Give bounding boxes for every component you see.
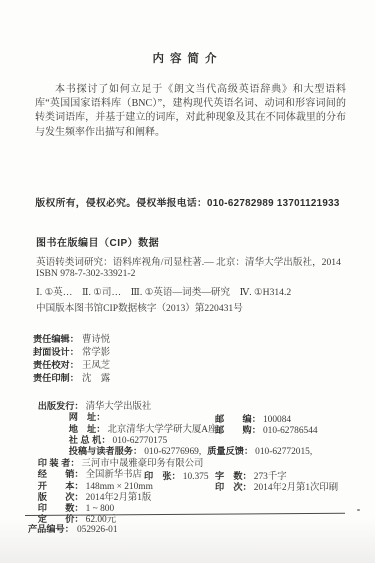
staff-row-editor: 责任编辑：曹诗悦 <box>33 331 110 345</box>
intro-paragraph: 本书探讨了如何立足于《朗文当代高级英语辞典》和大型语料库“英国国家语料库（BNC… <box>35 83 346 140</box>
cip-classification-line: Ⅰ. ①英… Ⅱ. ①司… Ⅲ. ①英语—词类—研究 Ⅳ. ①H314.2 <box>36 284 356 298</box>
staff-label: 封面设计： <box>33 347 79 357</box>
product-number-value: 052926-01 <box>77 525 118 535</box>
cip-isbn-line: ISBN 978-7-302-33921-2 <box>36 268 356 279</box>
cip-entry-line: 英语转类词研究：语料库视角/司显柱著.— 北京：清华大学出版社，2014 <box>36 254 356 268</box>
staff-name: 沈 露 <box>82 374 110 384</box>
staff-row-cover-design: 封面设计：常学影 <box>33 344 110 358</box>
cip-record-number-line: 中国版本图书馆CIP数据核字（2013）第220431号 <box>36 300 356 314</box>
staff-label: 责任编辑： <box>33 334 79 344</box>
staff-row-print-supervisor: 责任印制：沈 露 <box>33 370 110 384</box>
staff-row-proofreader: 责任校对：王凤芝 <box>33 357 110 371</box>
cip-heading: 图书在版编目（CIP）数据 <box>36 234 159 249</box>
product-number-row: 产品编号：052926-01 <box>28 521 118 535</box>
staff-label: 责任印制： <box>33 373 79 383</box>
staff-label: 责任校对： <box>33 360 79 370</box>
book-copyright-page: { "page": { "intro_title": "内容简介", "intr… <box>0 0 375 563</box>
scan-speck <box>357 509 360 511</box>
copyright-notice: 版权所有，侵权必究。侵权举报电话：010-62782989 1370112193… <box>0 195 375 209</box>
intro-title: 内容简介 <box>0 50 375 66</box>
product-number-label: 产品编号： <box>28 524 74 534</box>
